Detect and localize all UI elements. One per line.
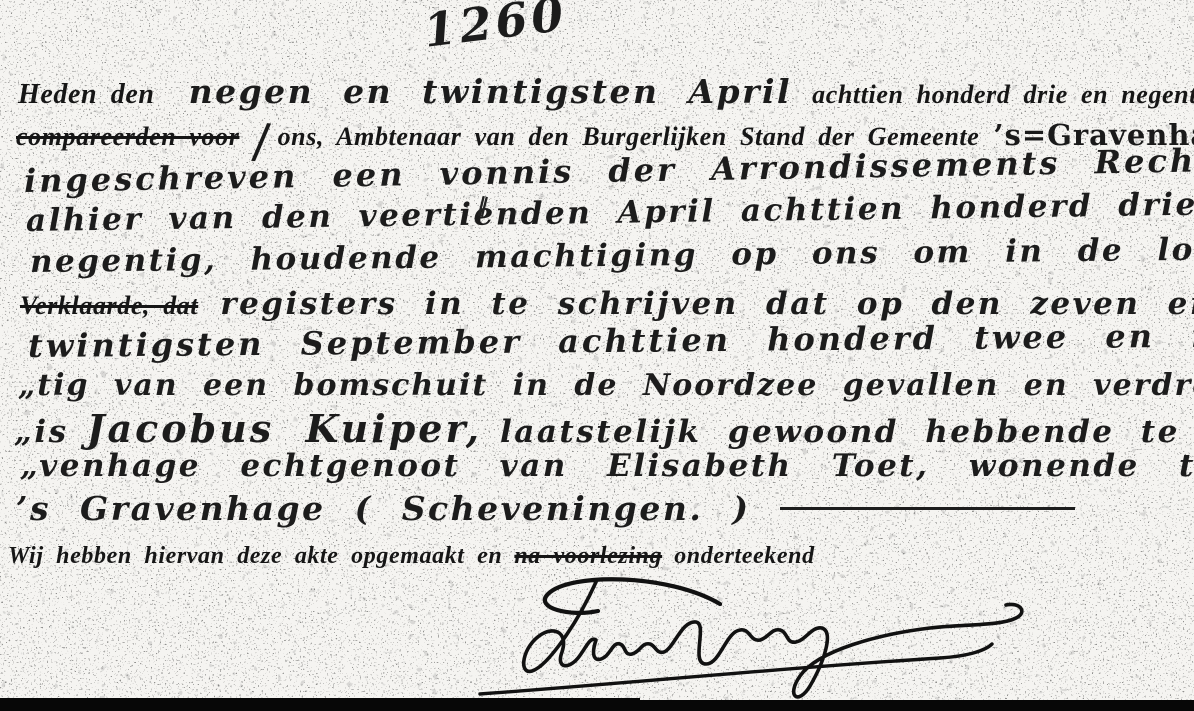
struck-printed-na-voorlezing: na voorlezing <box>514 543 662 569</box>
struck-printed-verklaarde-dat: Verklaarde, dat <box>20 291 198 320</box>
line-9: „is Jacobus Kuiper, laatstelijk gewoond … <box>14 406 1194 451</box>
closing-rule <box>780 507 1075 510</box>
handwritten-is: „is <box>14 414 69 450</box>
line-11: ’s Gravenhage ( Scheveningen. ) <box>16 489 1075 528</box>
handwritten-line-bomschuit: „tig van een bomschuit in de Noordzee ge… <box>18 368 1194 403</box>
line-6: Verklaarde, dat registers in te schrijve… <box>20 286 1194 322</box>
printed-text-year: achttien honderd drie en negentig, <box>812 80 1194 109</box>
slash-mark: / <box>253 141 269 142</box>
printed-closing-b: onderteekend <box>674 543 815 569</box>
handwritten-scheveningen: ’s Gravenhage ( Scheveningen. ) <box>16 489 750 528</box>
line-1: Heden den negen en twintigsten April ach… <box>18 72 1194 111</box>
scan-edge-bar <box>0 700 1194 711</box>
printed-text-heden-den: Heden den <box>18 79 155 110</box>
printed-closing-a: Wij hebben hiervan deze akte opgemaakt e… <box>8 543 502 569</box>
act-number: 1260 <box>421 0 571 58</box>
handwritten-name-jacobus-kuiper: Jacobus Kuiper, <box>87 406 482 451</box>
handwritten-line-september: twintigsten September achttien honderd t… <box>28 316 1194 365</box>
handwritten-registers: registers in te schrijven dat op den zev… <box>220 286 1194 322</box>
scanned-act-page: 1260 Heden den negen en twintigsten Apri… <box>0 0 1194 711</box>
line-12: Wij hebben hiervan deze akte opgemaakt e… <box>8 543 815 570</box>
struck-printed-compareerden-voor: compareerden voor <box>16 122 239 151</box>
handwritten-line-machtiging: negentig, houdende machtiging op ons om … <box>30 230 1194 280</box>
handwritten-line-echtgenoot: „venhage echtgenoot van Elisabeth Toet, … <box>20 448 1194 484</box>
signature <box>420 570 1080 710</box>
handwritten-date-day: negen en twintigsten April <box>189 72 793 111</box>
handwritten-laatstelijk: laatstelijk gewoond hebbende te ’s Gra <box>500 414 1194 450</box>
scan-edge-bar-secondary <box>0 698 640 701</box>
